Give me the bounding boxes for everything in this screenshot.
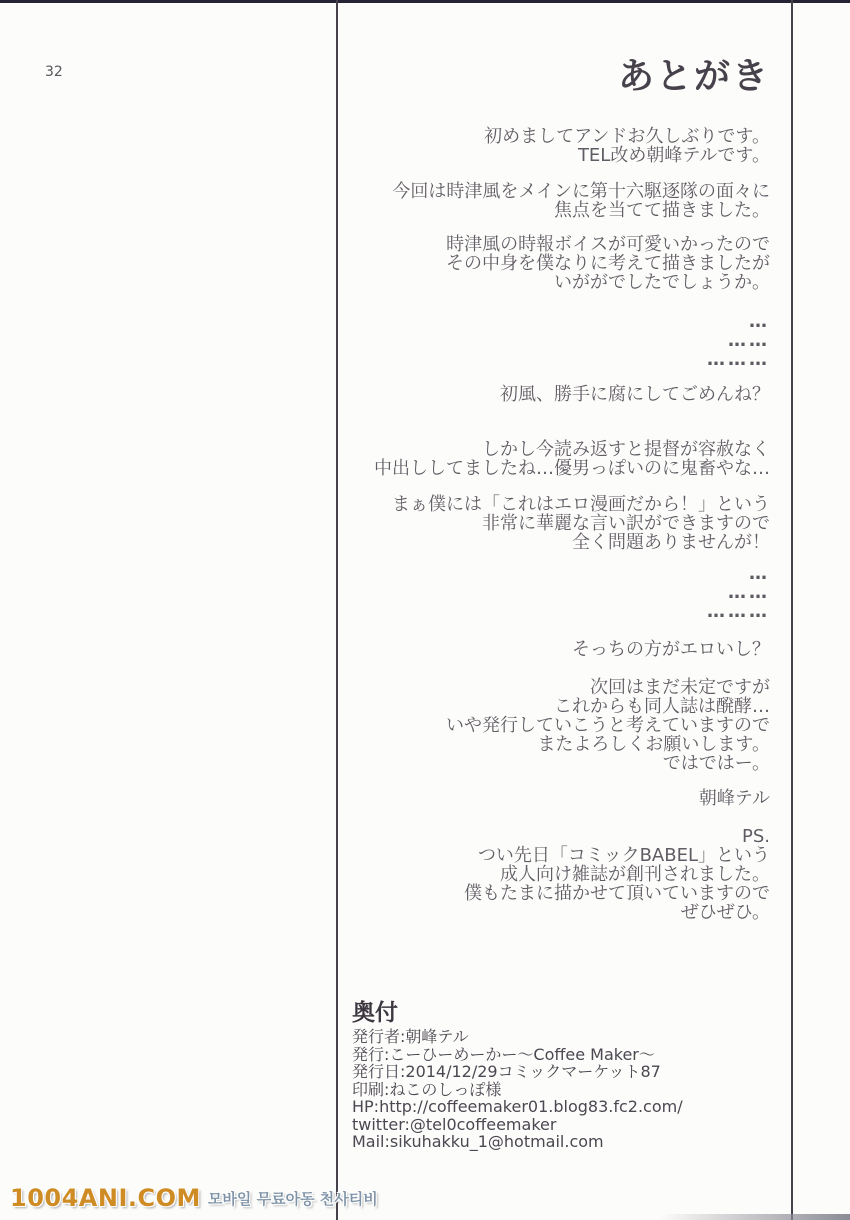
afterword-line: 成人向け雑誌が創刊されました。	[350, 865, 770, 884]
colophon-title: 奥付	[352, 1000, 782, 1026]
colophon-publisher: 発行者:朝峰テル	[352, 1028, 782, 1046]
dots-row: ……	[350, 583, 770, 602]
afterword-line: 焦点を当てて描きました。	[350, 201, 770, 220]
afterword-paragraph: 初めましてアンドお久しぶりです。 TEL改め朝峰テルです。	[350, 127, 770, 165]
scan-bottom-edge	[660, 1214, 850, 1220]
afterword-title: あとがき	[350, 55, 770, 99]
scan-top-edge	[0, 0, 850, 3]
afterword-paragraph: そっちの方がエロいし？	[350, 640, 770, 659]
afterword-line: ではではー。	[350, 754, 770, 773]
afterword-line: いががでしたでしょうか。	[350, 273, 770, 292]
colophon-publish-date: 発行日:2014/12/29コミックマーケット87	[352, 1063, 782, 1081]
author-signature: 朝峰テル	[350, 789, 770, 808]
page-number: 32	[45, 64, 63, 80]
afterword-line: まぁ僕には「これはエロ漫画だから！」という	[350, 495, 770, 514]
afterword-line: 全く問題ありませんが！	[350, 533, 770, 552]
colophon-mail: Mail:sikuhakku_1@hotmail.com	[352, 1133, 782, 1151]
afterword-line: 非常に華麗な言い訳ができますので	[350, 514, 770, 533]
afterword-line: しかし今読み返すと提督が容赦なく	[350, 440, 770, 459]
afterword-line: いや発行していこうと考えていますので	[350, 716, 770, 735]
afterword-line: その中身を僕なりに考えて描きましたが	[350, 254, 770, 273]
afterword-line: 次回はまだ未定ですが	[350, 678, 770, 697]
afterword-paragraph: 今回は時津風をメインに第十六駆逐隊の面々に 焦点を当てて描きました。	[350, 182, 770, 220]
afterword-line: 僕もたまに描かせて頂いていますので	[350, 884, 770, 903]
colophon-twitter: twitter:@tel0coffeemaker	[352, 1116, 782, 1134]
dots-row: …	[350, 312, 770, 331]
afterword-paragraph: まぁ僕には「これはエロ漫画だから！」という 非常に華麗な言い訳ができますので 全…	[350, 495, 770, 552]
afterword-line: またよろしくお願いします。	[350, 735, 770, 754]
afterword-line: 初風、勝手に腐にしてごめんね？	[350, 385, 770, 404]
afterword-paragraph: 時津風の時報ボイスが可愛いかったので その中身を僕なりに考えて描きましたが いが…	[350, 235, 770, 292]
colophon-homepage: HP:http://coffeemaker01.blog83.fc2.com/	[352, 1098, 782, 1116]
afterword-line: そっちの方がエロいし？	[350, 640, 770, 659]
afterword-line: TEL改め朝峰テルです。	[350, 146, 770, 165]
left-margin-rule	[336, 0, 338, 1220]
ellipsis-block: … …… ………	[350, 312, 770, 369]
afterword-line: PS.	[350, 827, 770, 846]
afterword-line: 時津風の時報ボイスが可愛いかったので	[350, 235, 770, 254]
afterword-line: 朝峰テル	[350, 789, 770, 808]
afterword-paragraph: 初風、勝手に腐にしてごめんね？	[350, 385, 770, 404]
dots-row: ………	[350, 350, 770, 369]
afterword-line: これからも同人誌は醗酵…	[350, 697, 770, 716]
afterword-line: 中出ししてましたね…優男っぽいのに鬼畜やな…	[350, 459, 770, 478]
postscript-paragraph: PS. つい先日「コミックBABEL」という 成人向け雑誌が創刊されました。 僕…	[350, 827, 770, 922]
watermark-site-name: 1004ANI.COM	[10, 1184, 201, 1212]
colophon-circle: 発行:こーひーめーかー～Coffee Maker～	[352, 1046, 782, 1064]
dots-row: ……	[350, 331, 770, 350]
afterword-line: 今回は時津風をメインに第十六駆逐隊の面々に	[350, 182, 770, 201]
watermark-tagline: 모바일 무료아동 천사티비	[208, 1188, 378, 1209]
afterword-paragraph: しかし今読み返すと提督が容赦なく 中出ししてましたね…優男っぽいのに鬼畜やな…	[350, 440, 770, 478]
afterword-line: つい先日「コミックBABEL」という	[350, 846, 770, 865]
watermark: 1004ANI.COM 모바일 무료아동 천사티비	[10, 1184, 378, 1212]
dots-row: …	[350, 564, 770, 583]
afterword-section: あとがき 初めましてアンドお久しぶりです。 TEL改め朝峰テルです。 今回は時津…	[350, 55, 770, 922]
colophon-printer: 印刷:ねこのしっぽ様	[352, 1081, 782, 1099]
afterword-line: ぜひぜひ。	[350, 903, 770, 922]
dots-row: ………	[350, 602, 770, 621]
right-margin-rule	[791, 0, 793, 1220]
colophon-section: 奥付 発行者:朝峰テル 発行:こーひーめーかー～Coffee Maker～ 発行…	[352, 1000, 782, 1151]
afterword-line: 初めましてアンドお久しぶりです。	[350, 127, 770, 146]
ellipsis-block: … …… ………	[350, 564, 770, 621]
afterword-paragraph: 次回はまだ未定ですが これからも同人誌は醗酵… いや発行していこうと考えています…	[350, 678, 770, 773]
